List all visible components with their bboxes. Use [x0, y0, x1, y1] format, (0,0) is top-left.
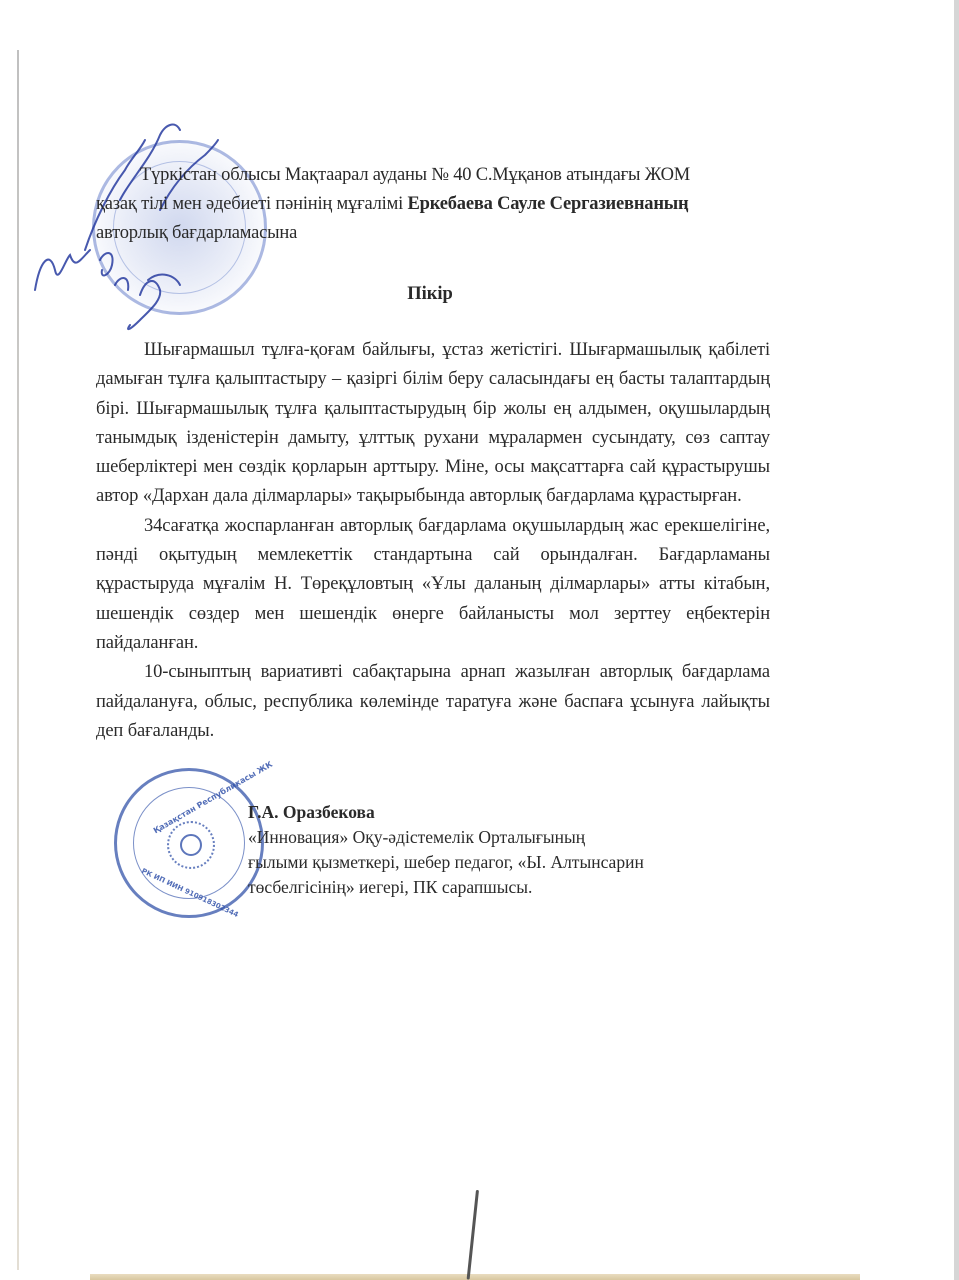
- document-body: Шығармашыл тұлға-қоғам байлығы, ұстаз же…: [96, 336, 770, 746]
- paragraph-2: 34сағатқа жоспарланған авторлық бағдарла…: [96, 512, 770, 658]
- organization-stamp-icon: Қазақстан Республикасы ЖК РК ИП ИИН 9109…: [114, 768, 264, 918]
- reviewer-org: «Инновация» Оқу-әдістемелік Орталығының: [248, 825, 644, 850]
- document-page: Түркістан облысы Мақтаарал ауданы № 40 С…: [0, 0, 959, 1280]
- header-line-3: авторлық бағдарламасына: [96, 219, 776, 248]
- paper-left-edge: [17, 50, 19, 1270]
- paragraph-3: 10-сыныптың вариативті сабақтарына арнап…: [96, 658, 770, 746]
- header-teacher-subject: қазақ тілі мен әдебиеті пәнінің мұғалімі: [96, 194, 408, 214]
- paragraph-1: Шығармашыл тұлға-қоғам байлығы, ұстаз же…: [96, 336, 770, 512]
- paper-right-edge: [954, 0, 959, 1280]
- header-line-2: қазақ тілі мен әдебиеті пәнінің мұғалімі…: [96, 190, 776, 219]
- header-line-1: Түркістан облысы Мақтаарал ауданы № 40 С…: [96, 161, 776, 190]
- header-teacher-name: Еркебаева Сауле Сергазиевнаның: [408, 194, 689, 214]
- stamp-knot-icon: [180, 834, 202, 856]
- desk-background-strip: [90, 1274, 860, 1280]
- reviewer-name: Г.А. Оразбекова: [248, 800, 644, 825]
- reviewer-position: ғылыми қызметкері, шебер педагог, «Ы. Ал…: [248, 850, 644, 875]
- signature-block: Г.А. Оразбекова «Инновация» Оқу-әдістеме…: [248, 800, 644, 900]
- reviewer-credentials: төсбелгісінің» иегері, ПК сарапшысы.: [248, 875, 644, 900]
- document-title: Пікір: [0, 284, 860, 305]
- pen-stroke: [467, 1190, 479, 1280]
- document-header: Түркістан облысы Мақтаарал ауданы № 40 С…: [96, 161, 776, 248]
